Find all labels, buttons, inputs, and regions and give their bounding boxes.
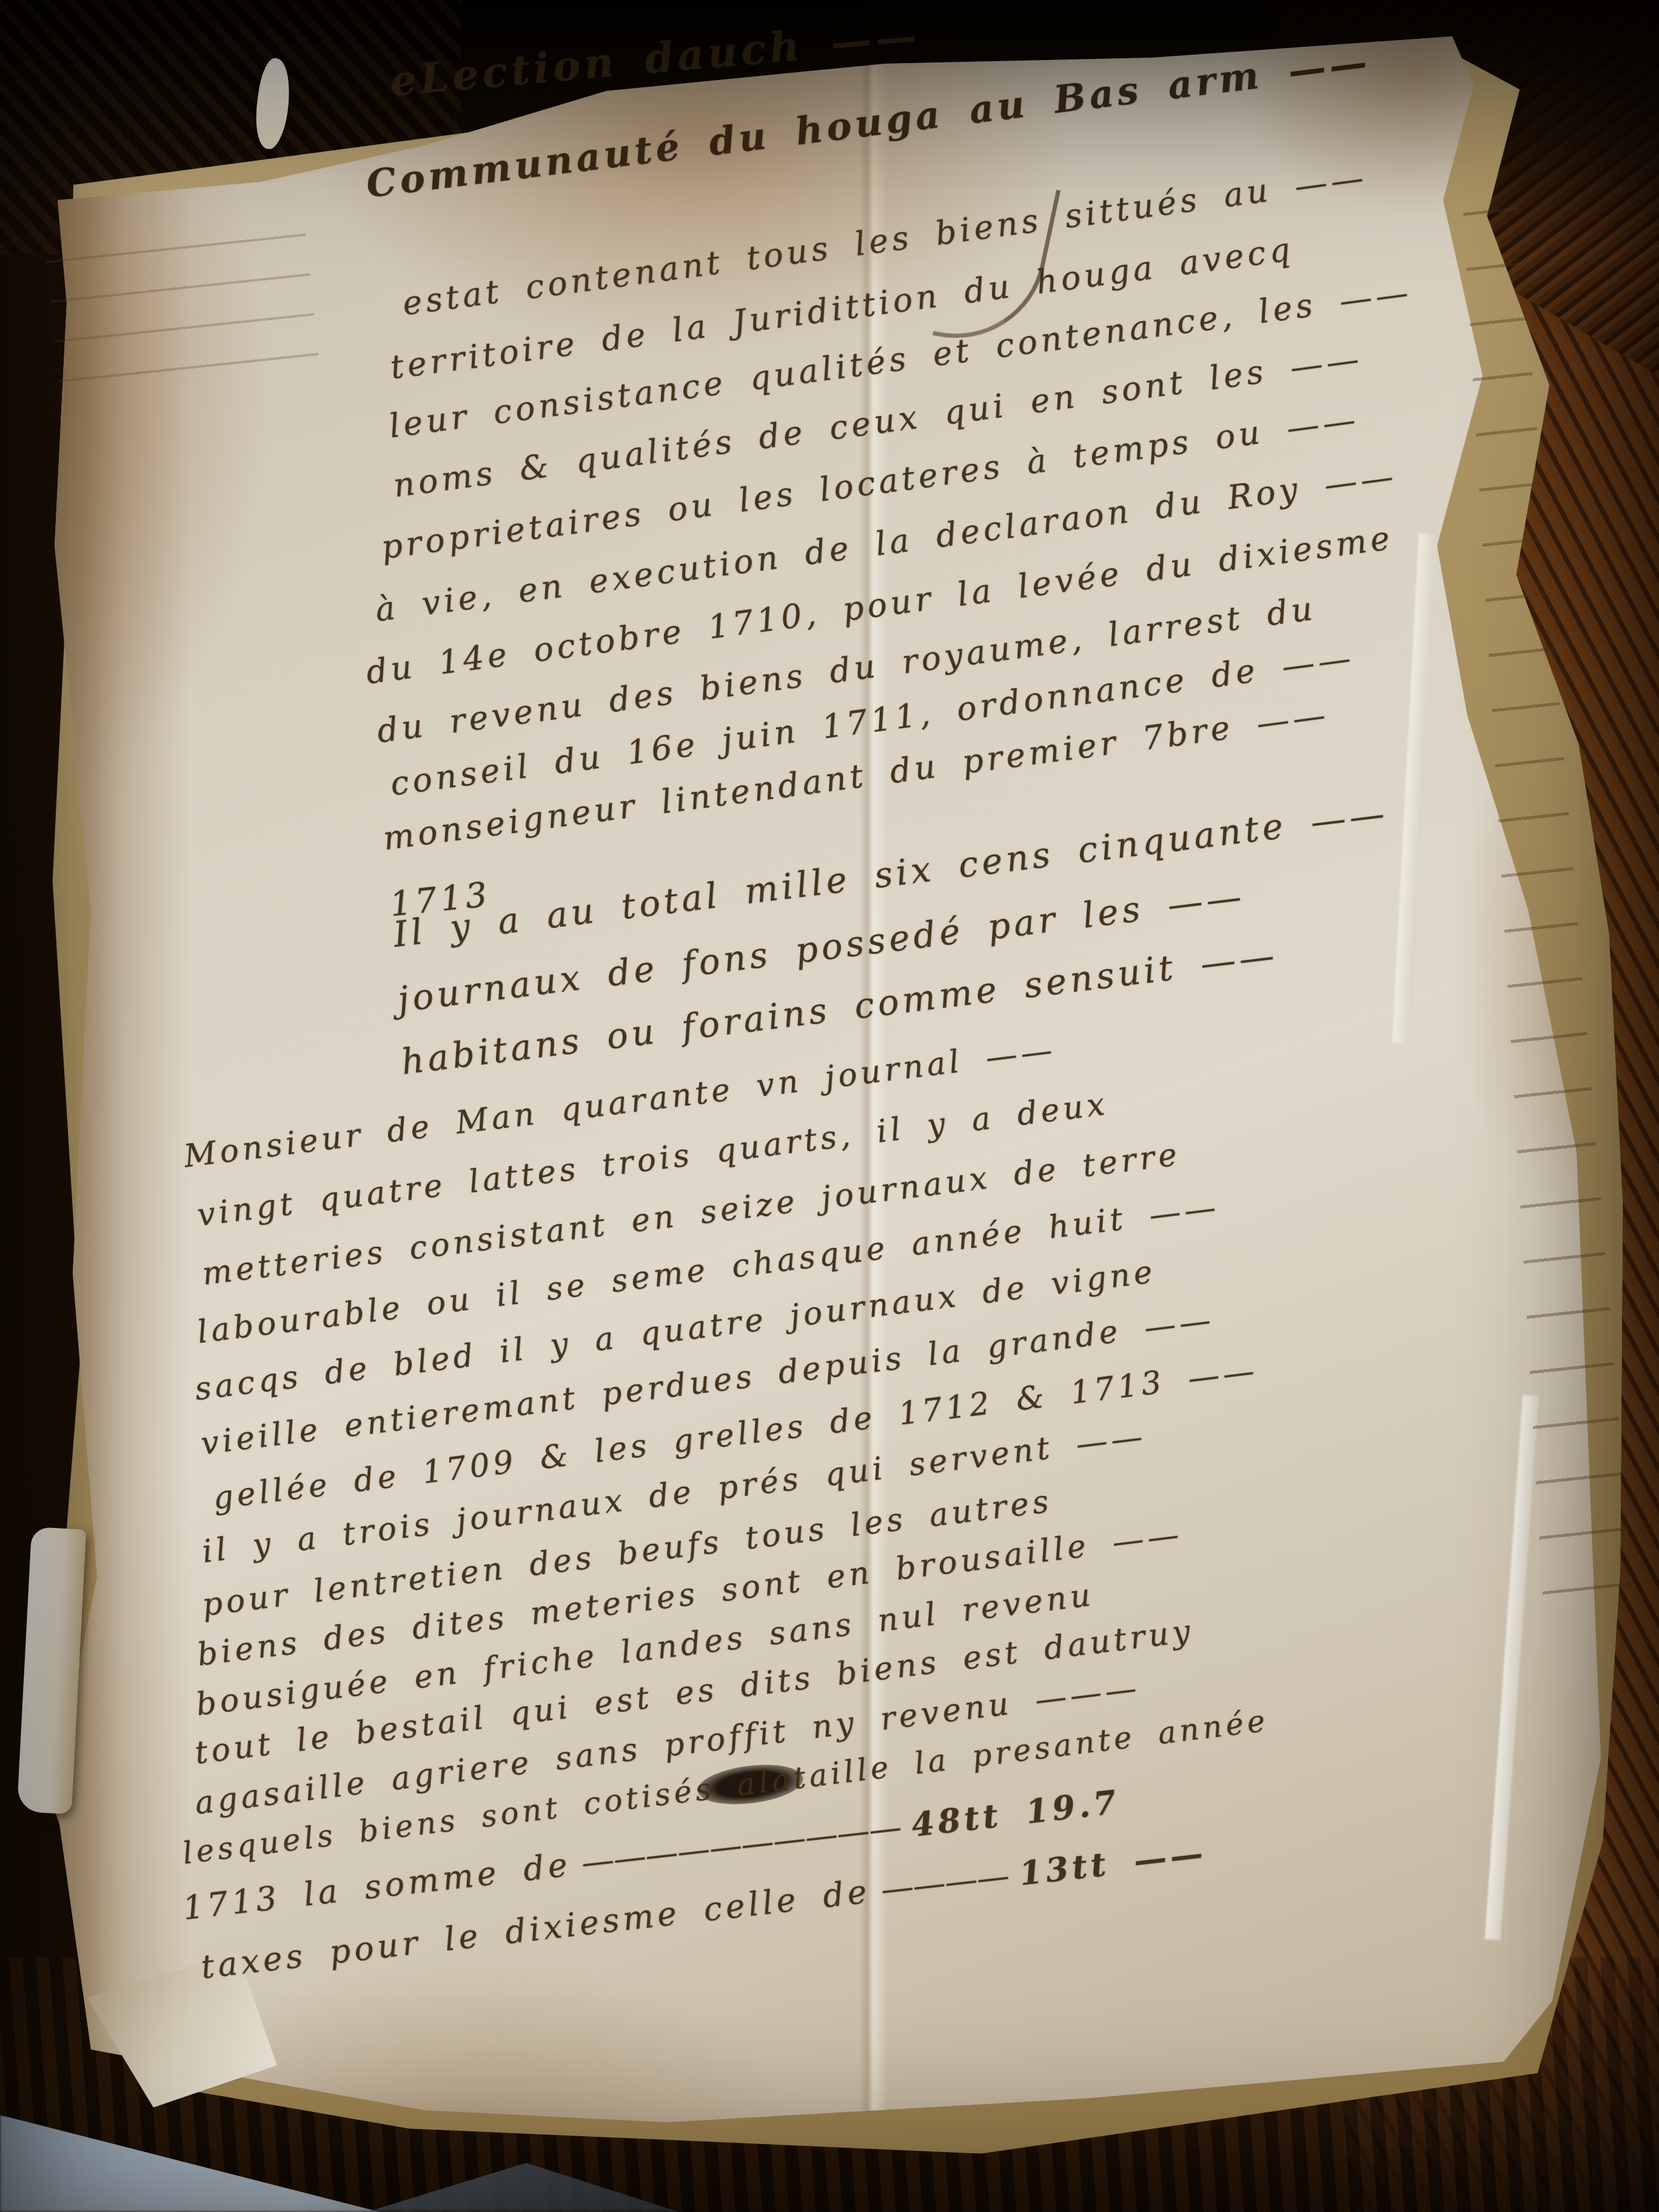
- show-through-ruling: [42, 196, 321, 410]
- photo-of-manuscript: eLection dauch —— Communauté du houga au…: [0, 0, 1659, 2212]
